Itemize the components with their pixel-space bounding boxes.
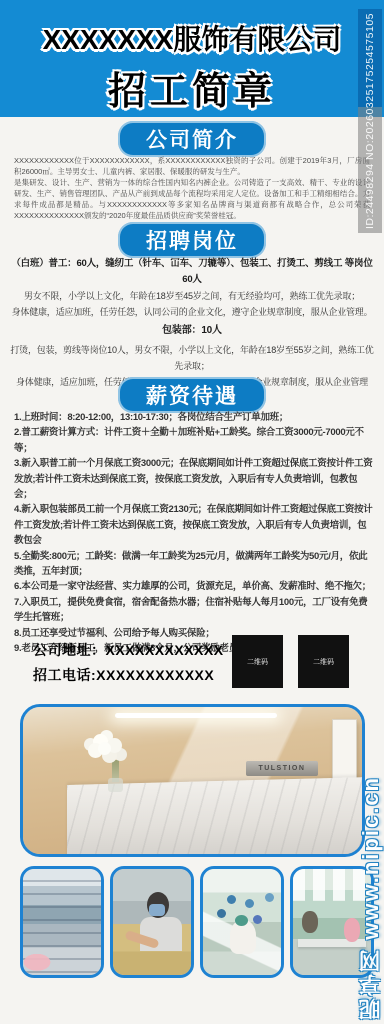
qr-code-label: 二维码 [247,657,268,667]
section-heading-salary: 薪资待遇 [118,377,266,413]
intro-paragraph-2: 是集研发、设计、生产、营销为一体的综合性国内知名内裤企业。公司铸造了一支高效、精… [14,177,370,221]
qr-code-label: 二维码 [313,657,334,667]
positions-requirement-line: 男女不限，小学以上文化，年龄在18岁至45岁之间，有无经验均可，熟练工优先录取； [8,288,376,304]
positions-requirement-line: 打烫，包装，剪线等岗位10人，男女不限，小学以上文化，年龄在18岁至55岁之间，… [8,342,376,374]
salary-item: 6.本公司是一家守法经营、实力雄厚的公司，货源充足，单价高、发薪准时、绝不拖欠； [14,579,374,594]
positions-requirement-line: 身体健康，适应加班，任劳任怨，认同公司的企业文化，遵守企业规章制度，服从企业管理… [8,304,376,320]
salary-item: 2.普工薪资计算方式：计件工资＋全勤＋加班补贴+工龄奖。综合工资3000元-70… [14,425,374,456]
contact-block: 公司地址：XXXXXXXXXXXX 招工电话:XXXXXXXXXXXX [33,638,224,688]
factory-floor-photo [20,866,104,978]
worker-green-cap [235,915,248,926]
section-heading-company-intro: 公司简介 [118,121,266,157]
qr-code-placeholder: 二维码 [232,635,283,688]
recruitment-poster: XXXXXXX服饰有限公司 招工简章 公司简介 XXXXXXXXXXXX位于XX… [0,0,384,1024]
factory-floor-scene [23,869,101,975]
intro-paragraph-1: XXXXXXXXXXXX位于XXXXXXXXXXXX，系XXXXXXXXXXXX… [14,155,370,177]
section-heading-positions: 招聘岗位 [118,222,266,258]
salary-item: 7.入职员工，提供免费食宿，宿舍配备热水器；住宿补贴每人每月100元，工厂设有免… [14,595,374,626]
worker-face-mask [149,904,165,916]
watermark-id-text: ID:24498294 NO:20260325175254575105 [364,13,376,229]
positions-day-shift-line: （白班）普工：60人，缝纫工（针车、冚车、刀辘等）、包装工、打烫工、剪线工 等岗… [8,256,376,288]
flower-vase [108,778,123,792]
workers-in-blue-caps [227,895,236,904]
watermark-site-strip: 昵享网 www.nipic.cn [355,680,384,1020]
watermark-id-strip: ID:24498294 NO:20260325175254575105 [358,9,382,233]
positions-packaging-dept-line: 包装部：10人 [8,323,376,339]
production-line-photo [200,866,284,978]
company-address: 公司地址：XXXXXXXXXXXX [33,638,224,663]
salary-item: 1.上班时间：8:20-12:00，13:10-17:30；各岗位结合生产订单加… [14,410,374,425]
white-flower-bouquet [98,742,111,755]
watermark-site-text: 昵享网 www.nipic.cn [355,776,384,1020]
salary-item: 4.新入职包装部员工前一个月保底工资2130元；在保底期间如计件工资超过保底工资… [14,502,374,548]
sewing-worker-photo [110,866,194,978]
company-name: XXXXXXX服饰有限公司 [0,18,384,58]
salary-benefits-list: 1.上班时间：8:20-12:00，13:10-17:30；各岗位结合生产订单加… [14,410,374,657]
company-intro-body: XXXXXXXXXXXX位于XXXXXXXXXXXX，系XXXXXXXXXXXX… [14,155,370,221]
qr-code-placeholder: 二维码 [298,635,349,688]
recruitment-phone: 招工电话:XXXXXXXXXXXX [33,663,224,688]
reception-ceiling-light [115,713,278,718]
poster-title: 招工简章 [0,60,384,115]
reception-photo: TULSTION [20,704,365,857]
salary-item: 5.全勤奖:800元；工龄奖：做满一年工龄奖为25元/月，做满两年工龄奖为50元… [14,549,374,580]
poster-header: XXXXXXX服饰有限公司 招工简章 [0,0,384,117]
salary-item: 3.新入职普工前一个月保底工资3000元；在保底期间如计件工资超过保底工资按计件… [14,456,374,502]
positions-body: （白班）普工：60人，缝纫工（针车、冚车、刀辘等）、包装工、打烫工、剪线工 等岗… [8,256,376,390]
reception-brand-sign: TULSTION [246,761,318,776]
